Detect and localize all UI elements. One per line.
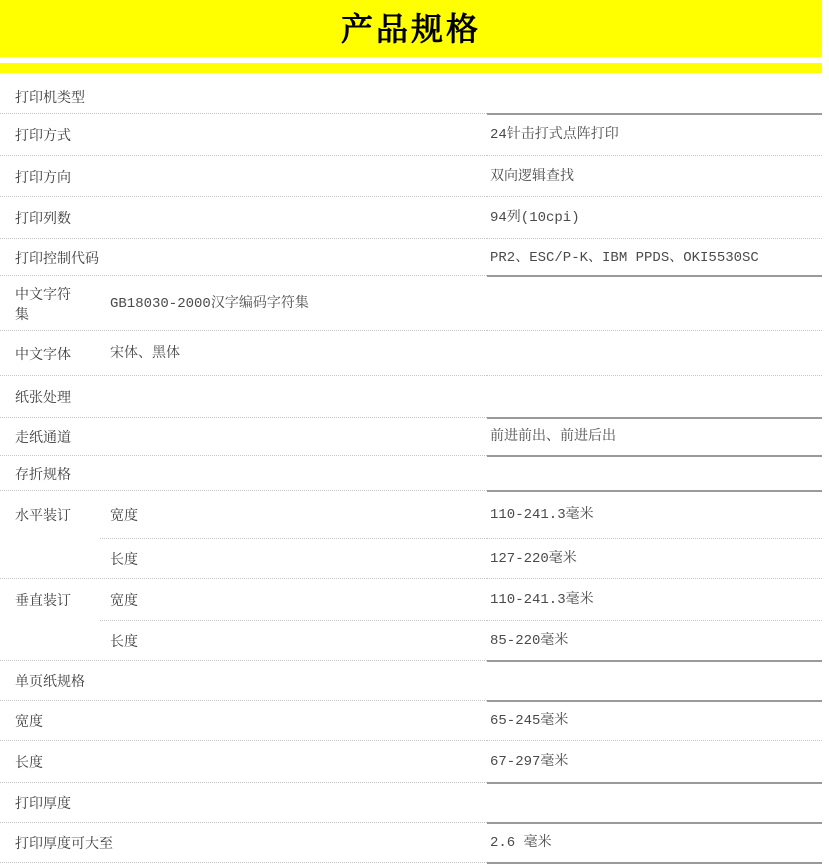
row-divider-left-segment	[0, 155, 487, 156]
row-divider-left-segment	[100, 620, 487, 621]
spec-sub-label-cell: 宽度	[100, 505, 487, 525]
row-divider-left-segment	[100, 538, 487, 539]
spec-row: 存折规格	[0, 457, 822, 490]
row-divider-left-segment	[0, 782, 487, 783]
row-divider-left-segment	[0, 578, 487, 579]
row-divider-left-segment	[0, 490, 487, 491]
spec-row: 打印方式24针击打式点阵打印	[0, 115, 822, 155]
spec-value-cell: 2.6 毫米	[487, 833, 822, 853]
spec-row: 长度127-220毫米	[0, 540, 822, 578]
row-divider-right-segment	[487, 455, 822, 457]
spec-label-cell: 长度	[0, 752, 487, 772]
row-divider-right-segment	[487, 822, 822, 824]
accent-strip	[0, 63, 822, 73]
spec-sub-label-cell: 长度	[100, 549, 487, 569]
spec-row: 单页纸规格	[0, 662, 822, 700]
spec-row: 中文字符集GB18030-2000汉字编码字符集	[0, 277, 822, 330]
spec-row: 纸张处理	[0, 377, 822, 417]
row-divider-right-segment	[487, 538, 822, 539]
row-divider-right-segment	[487, 700, 822, 702]
row-divider-right-segment	[487, 578, 822, 579]
spec-value-cell: 67-297毫米	[487, 752, 822, 772]
row-divider-left-segment	[0, 275, 487, 276]
spec-row: 打印控制代码PR2、ESC/P-K、IBM PPDS、OKI5530SC	[0, 240, 822, 275]
row-divider-right-segment	[487, 620, 822, 621]
row-divider-left-segment	[0, 740, 487, 741]
row-divider-left-segment	[0, 455, 487, 456]
row-divider-left-segment	[0, 417, 487, 418]
spec-value-cell: 65-245毫米	[487, 711, 822, 731]
row-divider-right-segment	[487, 782, 822, 784]
spec-row: 长度67-297毫米	[0, 742, 822, 782]
row-divider-right-segment	[487, 330, 822, 331]
title-banner: 产品规格	[0, 0, 822, 57]
spec-row: 打印厚度	[0, 784, 822, 822]
spec-table: 打印机类型打印方式24针击打式点阵打印打印方向双向逻辑查找打印列数94列(10c…	[0, 80, 822, 864]
row-divider-left-segment	[0, 700, 487, 701]
spec-row: 打印机类型	[0, 80, 822, 113]
product-spec-page: 产品规格 打印机类型打印方式24针击打式点阵打印打印方向双向逻辑查找打印列数94…	[0, 0, 822, 864]
spec-label-cell: 打印列数	[0, 208, 487, 228]
spec-label-cell: 纸张处理	[0, 387, 487, 407]
spec-sub-label-cell: 宽度	[100, 590, 487, 610]
row-divider-left-segment	[0, 660, 487, 661]
spec-label-cell: 垂直装订	[0, 590, 100, 610]
row-divider-left-segment	[0, 862, 487, 863]
page-title: 产品规格	[341, 13, 481, 45]
spec-label-cell: 走纸通道	[0, 427, 487, 447]
row-divider-left-segment	[0, 113, 487, 114]
row-divider-right-segment	[487, 375, 822, 376]
spec-value-cell: 85-220毫米	[487, 631, 822, 651]
row-divider-right-segment	[487, 238, 822, 239]
row-divider-left-segment	[0, 330, 487, 331]
spec-sub-value-cell: GB18030-2000汉字编码字符集	[100, 294, 487, 314]
spec-row: 走纸通道前进前出、前进后出	[0, 419, 822, 455]
spec-label-cell: 打印厚度	[0, 793, 487, 813]
row-divider-right-segment	[487, 490, 822, 492]
spec-label-cell: 水平装订	[0, 505, 100, 525]
spec-row: 宽度65-245毫米	[0, 702, 822, 740]
spec-label-cell: 存折规格	[0, 464, 487, 484]
spec-row: 打印列数94列(10cpi)	[0, 198, 822, 238]
row-divider-left-segment	[0, 822, 487, 823]
spec-row: 长度85-220毫米	[0, 622, 822, 660]
spec-value-cell: 24针击打式点阵打印	[487, 125, 822, 145]
row-divider-right-segment	[487, 862, 822, 864]
row-divider-right-segment	[487, 196, 822, 197]
spec-value-cell: 110-241.3毫米	[487, 590, 822, 610]
row-divider	[0, 862, 822, 864]
row-divider-right-segment	[487, 740, 822, 741]
spec-label-cell: 打印控制代码	[0, 248, 487, 268]
spec-sub-label-cell: 长度	[100, 631, 487, 651]
row-divider-right-segment	[487, 275, 822, 277]
spec-value-cell: 94列(10cpi)	[487, 208, 822, 228]
spec-sub-value-cell: 宋体、黑体	[100, 344, 487, 364]
row-divider-left-segment	[0, 238, 487, 239]
row-divider-right-segment	[487, 113, 822, 115]
spec-label-cell: 打印方向	[0, 167, 487, 187]
spec-value-cell: 110-241.3毫米	[487, 505, 822, 525]
row-divider-left-segment	[0, 196, 487, 197]
spec-label-cell: 打印厚度可大至	[0, 833, 487, 853]
row-divider-left-segment	[0, 375, 487, 376]
row-divider-right-segment	[487, 417, 822, 419]
spec-label-cell: 打印方式	[0, 125, 487, 145]
spec-row: 垂直装订宽度110-241.3毫米	[0, 580, 822, 620]
spec-row: 打印方向双向逻辑查找	[0, 157, 822, 196]
spec-row: 水平装订宽度110-241.3毫米	[0, 492, 822, 538]
spec-label-cell: 中文字体	[0, 344, 100, 364]
spec-value-cell: PR2、ESC/P-K、IBM PPDS、OKI5530SC	[487, 248, 822, 268]
spec-row: 打印厚度可大至2.6 毫米	[0, 824, 822, 862]
spec-value-cell: 127-220毫米	[487, 549, 822, 569]
spec-label-cell: 宽度	[0, 711, 487, 731]
spec-value-cell: 双向逻辑查找	[487, 167, 822, 187]
row-divider-right-segment	[487, 660, 822, 662]
spec-label-cell: 打印机类型	[0, 87, 487, 107]
spec-label-cell: 中文字符集	[0, 284, 100, 324]
spec-row: 中文字体宋体、黑体	[0, 332, 822, 375]
row-divider-right-segment	[487, 155, 822, 156]
spec-label-cell: 单页纸规格	[0, 671, 487, 691]
spec-value-cell: 前进前出、前进后出	[487, 427, 822, 447]
